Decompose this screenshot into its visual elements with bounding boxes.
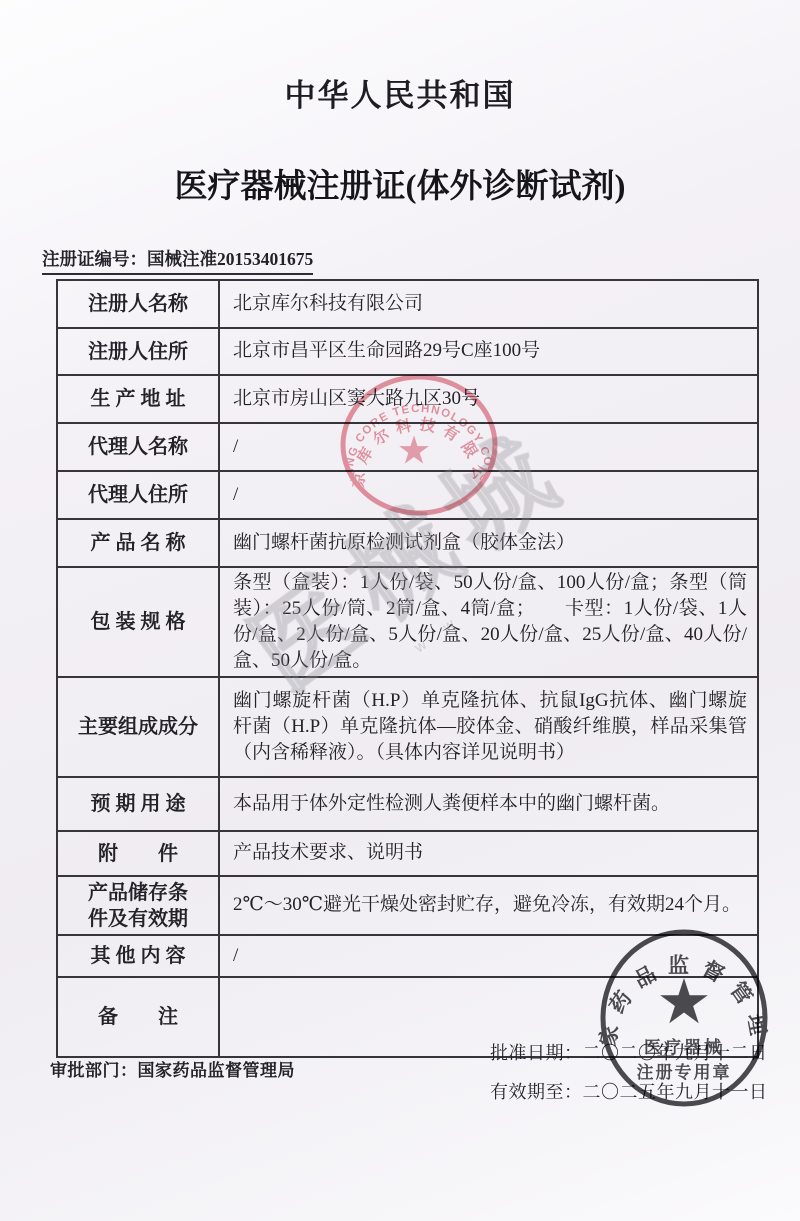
table-row: 其 他 内 容 /	[58, 936, 757, 978]
row-label: 注册人住所	[88, 339, 188, 365]
registration-number-value: 国械注准20153401675	[147, 249, 313, 269]
page-subtitle: 医疗器械注册证(体外诊断试剂)	[0, 160, 800, 207]
certificate-table: 注册人名称 北京库尔科技有限公司 注册人住所 北京市昌平区生命园路29号C座10…	[56, 279, 759, 1058]
row-label-cell: 注册人住所	[58, 329, 220, 374]
row-value-cell: 幽门螺杆菌抗原检测试剂盒（胶体金法）	[220, 520, 757, 566]
row-value-cell: 本品用于体外定性检测人粪便样本中的幽门螺杆菌。	[220, 778, 757, 830]
row-value-cell: /	[220, 424, 757, 470]
row-value-cell: 2℃～30℃避光干燥处密封贮存，避免冷冻，有效期24个月。	[220, 877, 757, 934]
table-row: 注册人名称 北京库尔科技有限公司	[58, 281, 757, 329]
row-label-cell: 产品储存条 件及有效期	[58, 877, 220, 934]
row-label-cell: 附 件	[58, 832, 220, 875]
row-value-cell: 北京市昌平区生命园路29号C座100号	[220, 329, 757, 374]
row-value: 本品用于体外定性检测人粪便样本中的幽门螺杆菌。	[233, 791, 747, 817]
valid-until-value: 二〇二五年九月十一日	[583, 1082, 768, 1102]
row-value: 幽门螺旋杆菌（H.P）单克隆抗体、抗鼠IgG抗体、幽门螺旋杆菌（H.P）单克隆抗…	[233, 688, 747, 767]
registration-number-line: 注册证编号：国械注准20153401675	[42, 246, 313, 275]
row-label-cell: 主要组成成分	[58, 678, 220, 776]
table-row: 产 品 名 称 幽门螺杆菌抗原检测试剂盒（胶体金法）	[58, 520, 757, 568]
row-label-cell: 备 注	[58, 978, 220, 1056]
registration-number-label: 注册证编号：	[42, 249, 147, 269]
row-label: 注册人名称	[88, 291, 188, 317]
row-value-cell: /	[220, 936, 757, 976]
row-value: 幽门螺杆菌抗原检测试剂盒（胶体金法）	[233, 530, 747, 556]
row-value-cell: 产品技术要求、说明书	[220, 832, 757, 875]
row-value: 产品技术要求、说明书	[233, 840, 747, 866]
table-row: 预 期 用 途 本品用于体外定性检测人粪便样本中的幽门螺杆菌。	[58, 778, 757, 832]
approval-department-line: 审批部门：国家药品监督管理局	[50, 1056, 295, 1081]
approval-date-value: 二〇二〇年九月十二日	[583, 1043, 768, 1063]
row-value-cell: 北京市房山区窦大路九区30号	[220, 376, 757, 422]
table-row: 注册人住所 北京市昌平区生命园路29号C座100号	[58, 329, 757, 376]
row-label-cell: 注册人名称	[58, 281, 220, 327]
row-value: /	[233, 434, 747, 460]
valid-until-label: 有效期至：	[490, 1082, 583, 1102]
row-value: /	[233, 482, 747, 508]
approval-department-value: 国家药品监督管理局	[138, 1061, 296, 1080]
row-label-cell: 预 期 用 途	[58, 778, 220, 830]
row-label-cell: 生 产 地 址	[58, 376, 220, 422]
table-row: 代理人名称 /	[58, 424, 757, 472]
row-label-cell: 代理人名称	[58, 424, 220, 470]
row-label: 产品储存条 件及有效期	[88, 880, 188, 932]
row-label-cell: 包 装 规 格	[58, 568, 220, 676]
table-row: 附 件 产品技术要求、说明书	[58, 832, 757, 877]
table-row: 包 装 规 格 条型（盒装）：1人份/袋、50人份/盒、100人份/盒；条型（筒…	[58, 568, 757, 678]
valid-until-line: 有效期至：二〇二五年九月十一日	[490, 1078, 795, 1104]
row-value-cell: 北京库尔科技有限公司	[220, 281, 757, 327]
row-label-cell: 产 品 名 称	[58, 520, 220, 566]
row-value: 2℃～30℃避光干燥处密封贮存，避免冷冻，有效期24个月。	[233, 892, 747, 918]
row-value: /	[233, 943, 747, 969]
table-row: 代理人住所 /	[58, 472, 757, 520]
approval-date-label: 批准日期：	[490, 1043, 583, 1063]
row-value: 北京库尔科技有限公司	[233, 291, 747, 317]
table-row: 生 产 地 址 北京市房山区窦大路九区30号	[58, 376, 757, 424]
row-label: 预 期 用 途	[91, 791, 186, 817]
row-label: 包 装 规 格	[91, 609, 186, 635]
row-label: 备 注	[98, 1004, 178, 1030]
row-label: 代理人名称	[88, 434, 188, 460]
row-value: 北京市房山区窦大路九区30号	[233, 386, 747, 412]
row-label-cell: 其 他 内 容	[58, 936, 220, 976]
row-label: 主要组成成分	[78, 714, 198, 740]
footer-dates: 批准日期：二〇二〇年九月十二日 有效期至：二〇二五年九月十一日	[490, 1039, 795, 1117]
row-value: 北京市昌平区生命园路29号C座100号	[233, 338, 747, 364]
table-row: 主要组成成分 幽门螺旋杆菌（H.P）单克隆抗体、抗鼠IgG抗体、幽门螺旋杆菌（H…	[58, 678, 757, 778]
approval-date-line: 批准日期：二〇二〇年九月十二日	[490, 1039, 795, 1065]
page-title: 中华人民共和国	[0, 70, 800, 115]
row-label: 附 件	[98, 841, 178, 867]
row-label-cell: 代理人住所	[58, 472, 220, 518]
table-row: 产品储存条 件及有效期 2℃～30℃避光干燥处密封贮存，避免冷冻，有效期24个月…	[58, 877, 757, 936]
row-label: 生 产 地 址	[91, 386, 186, 412]
row-label: 其 他 内 容	[91, 943, 186, 969]
row-value-cell: /	[220, 472, 757, 518]
row-value-cell: 幽门螺旋杆菌（H.P）单克隆抗体、抗鼠IgG抗体、幽门螺旋杆菌（H.P）单克隆抗…	[220, 678, 757, 776]
row-value-cell: 条型（盒装）：1人份/袋、50人份/盒、100人份/盒；条型（筒装）：25人份/…	[220, 568, 757, 676]
certificate-page: 中华人民共和国 医疗器械注册证(体外诊断试剂) 注册证编号：国械注准201534…	[0, 0, 800, 1221]
row-value: 条型（盒装）：1人份/袋、50人份/盒、100人份/盒；条型（筒装）：25人份/…	[233, 570, 747, 675]
row-label: 产 品 名 称	[91, 530, 186, 556]
row-label: 代理人住所	[88, 482, 188, 508]
approval-department-label: 审批部门：	[50, 1061, 138, 1080]
